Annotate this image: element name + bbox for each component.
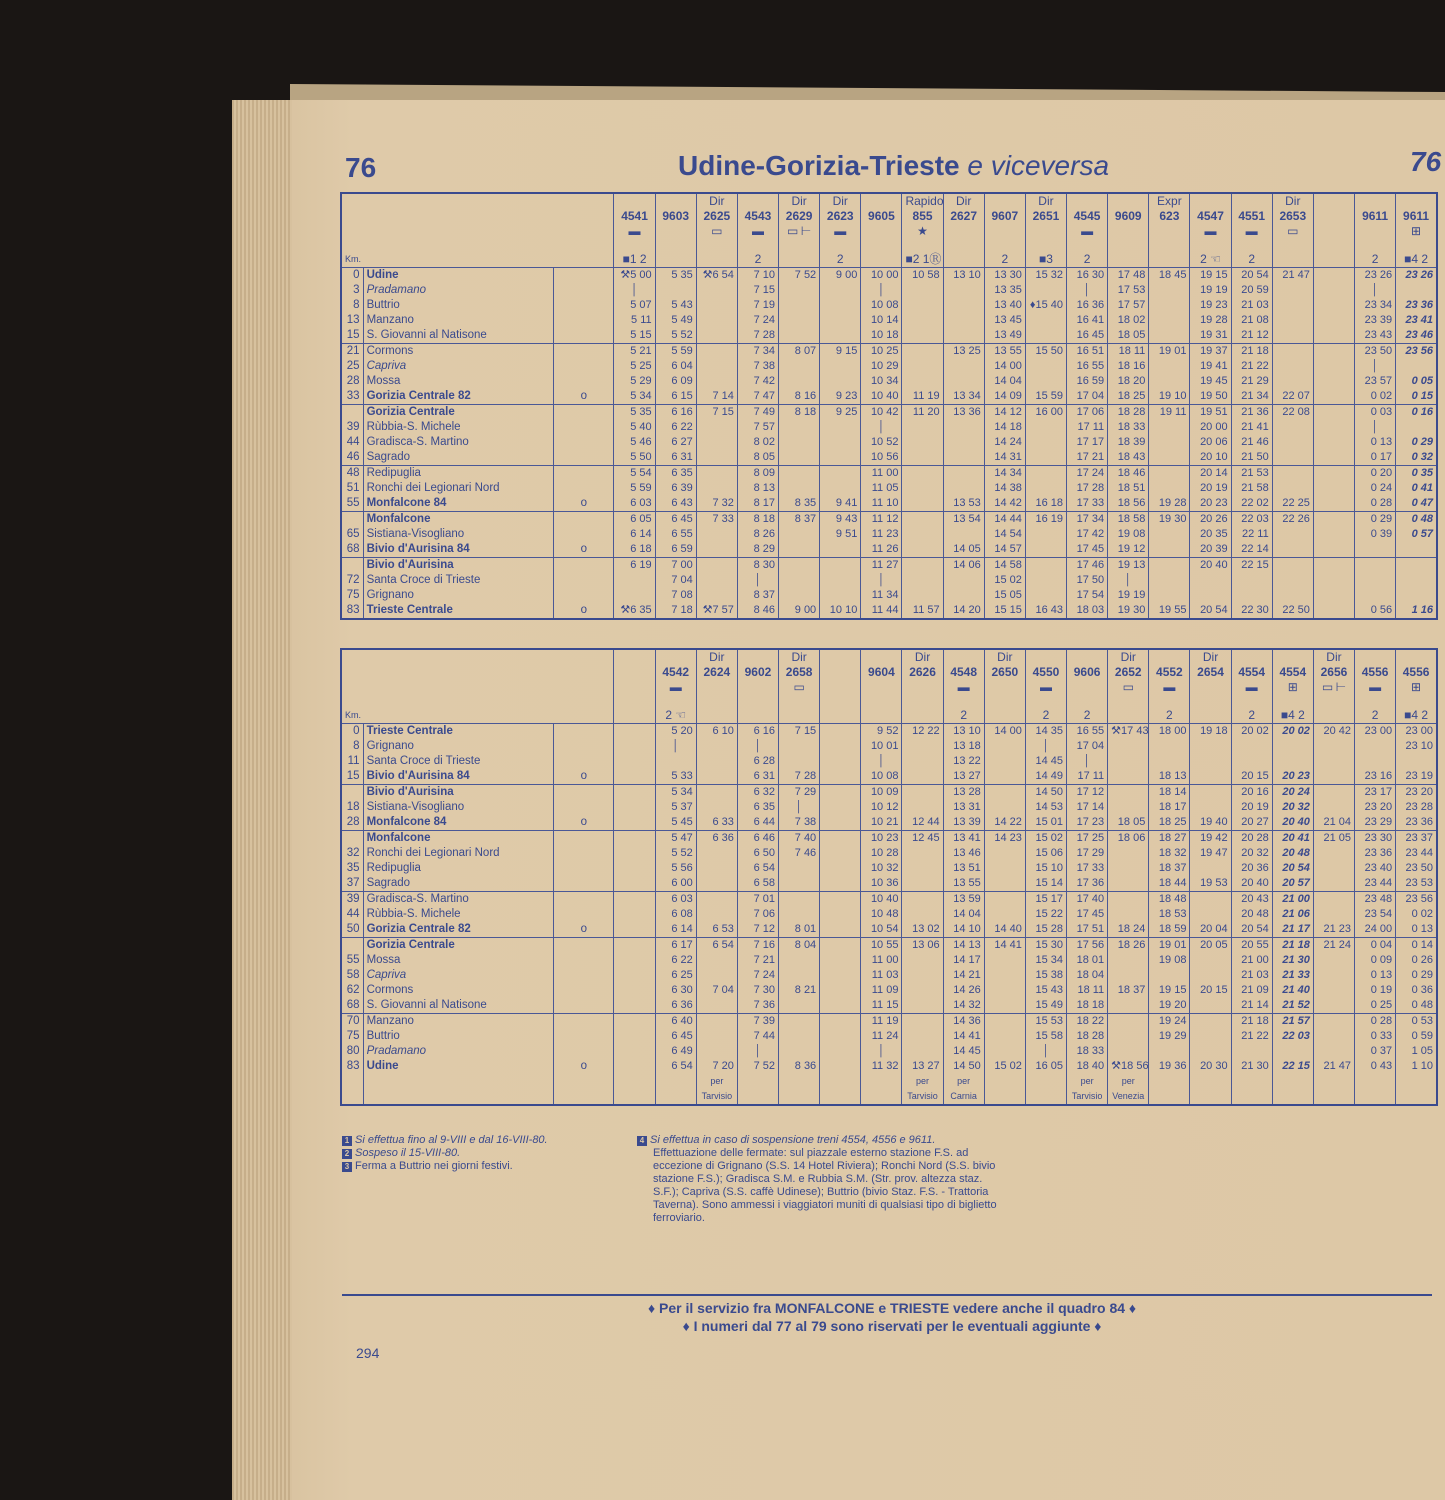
- table-row: 13Manzano5 115 497 2410 1413 4516 4118 0…: [341, 313, 1437, 328]
- time-cell: [1355, 573, 1396, 588]
- train-type: [988, 194, 1022, 209]
- time-cell: 7 29: [779, 785, 820, 801]
- time-cell: 21 18: [1231, 344, 1272, 360]
- time-cell: 6 16: [655, 405, 696, 421]
- km-value: 62: [341, 983, 363, 998]
- time-cell: 14 00: [984, 724, 1025, 740]
- time-cell: 7 15: [737, 283, 778, 298]
- time-cell: [1025, 420, 1066, 435]
- time-cell: 17 04: [1067, 389, 1108, 405]
- time-cell: [1190, 1029, 1231, 1044]
- time-cell: 10 10: [820, 603, 861, 619]
- time-cell: 18 39: [1108, 435, 1149, 450]
- train-number: 4545: [1074, 209, 1101, 223]
- time-cell: 10 32: [861, 861, 902, 876]
- time-cell: 17 11: [1067, 420, 1108, 435]
- time-cell: 0 13: [1396, 922, 1437, 938]
- time-cell: [614, 831, 655, 847]
- time-cell: 23 41: [1396, 313, 1437, 328]
- time-cell: 7 14: [696, 389, 737, 405]
- time-cell: [902, 1029, 943, 1044]
- station-name: Sagrado: [363, 876, 554, 892]
- table-row: 37Sagrado6 006 5810 3613 5515 1417 3618 …: [341, 876, 1437, 892]
- time-cell: 0 26: [1396, 953, 1437, 968]
- train-number: 2653: [1279, 209, 1306, 223]
- time-cell: [614, 938, 655, 954]
- time-cell: 7 20: [696, 1059, 737, 1074]
- table-row: Gorizia Centrale5 356 167 157 498 189 25…: [341, 405, 1437, 421]
- station-name: Gorizia Centrale: [363, 405, 554, 421]
- time-cell: 6 00: [655, 876, 696, 892]
- time-cell: 6 43: [655, 496, 696, 512]
- time-cell: [1355, 739, 1396, 754]
- time-cell: 14 05: [943, 542, 984, 558]
- time-cell: 14 12: [984, 405, 1025, 421]
- time-cell: 0 13: [1355, 968, 1396, 983]
- train-class: [902, 708, 943, 724]
- section-number-left: 76: [345, 152, 376, 184]
- time-cell: 12 44: [902, 815, 943, 831]
- train-header: Dir2625▭: [696, 193, 737, 252]
- station-marker: [554, 846, 614, 861]
- time-cell: 15 58: [1025, 1029, 1066, 1044]
- time-cell: [820, 831, 861, 847]
- station-name: Pradamano: [363, 283, 554, 298]
- time-cell: 15 59: [1025, 389, 1066, 405]
- time-cell: [984, 1044, 1025, 1059]
- time-cell: [820, 815, 861, 831]
- train-number: 4552: [1156, 665, 1183, 679]
- time-cell: [902, 861, 943, 876]
- time-cell: 13 34: [943, 389, 984, 405]
- time-cell: 22 02: [1231, 496, 1272, 512]
- time-cell: 21 09: [1231, 983, 1272, 998]
- time-cell: [902, 328, 943, 344]
- time-cell: 19 01: [1149, 344, 1190, 360]
- time-cell: 17 50: [1067, 573, 1108, 588]
- time-cell: 14 49: [1025, 769, 1066, 785]
- time-cell: [1272, 1044, 1313, 1059]
- note-marker-4: 4: [637, 1136, 647, 1146]
- km-value: 83: [341, 603, 363, 619]
- time-cell: 10 08: [861, 769, 902, 785]
- time-cell: 14 42: [984, 496, 1025, 512]
- time-cell: │: [861, 754, 902, 769]
- bus-icon: ⊞: [1399, 680, 1433, 695]
- km-label: Km.: [341, 708, 614, 724]
- time-cell: 16 55: [1067, 724, 1108, 740]
- time-cell: 10 40: [861, 389, 902, 405]
- time-cell: 14 45: [943, 1044, 984, 1059]
- time-cell: [1396, 588, 1437, 603]
- time-cell: 6 35: [655, 466, 696, 482]
- time-cell: 0 14: [1396, 938, 1437, 954]
- km-value: 44: [341, 435, 363, 450]
- class-row: Km.■1 222■2 1Ⓡ2■322 ☜22■4 2: [341, 252, 1437, 268]
- time-cell: [1190, 785, 1231, 801]
- time-cell: 13 39: [943, 815, 984, 831]
- time-cell: 23 56: [1396, 892, 1437, 908]
- time-cell: 1 10: [1396, 1059, 1437, 1074]
- time-cell: [820, 1044, 861, 1059]
- time-cell: 22 30: [1231, 603, 1272, 619]
- time-cell: [1190, 1014, 1231, 1030]
- time-cell: [696, 450, 737, 466]
- time-cell: [696, 785, 737, 801]
- time-cell: [820, 892, 861, 908]
- railcar-icon: ▬: [1358, 680, 1392, 695]
- time-cell: [614, 907, 655, 922]
- time-cell: 17 12: [1067, 785, 1108, 801]
- time-cell: 7 33: [696, 512, 737, 528]
- time-cell: 23 53: [1396, 876, 1437, 892]
- train-type: [741, 194, 775, 209]
- train-header: Dir2623▬: [820, 193, 861, 252]
- time-cell: 20 14: [1190, 466, 1231, 482]
- time-cell: 6 36: [696, 831, 737, 847]
- time-cell: [820, 861, 861, 876]
- time-cell: 14 50: [943, 1059, 984, 1074]
- time-cell: 13 53: [943, 496, 984, 512]
- time-cell: 5 59: [614, 481, 655, 496]
- time-cell: [655, 1074, 696, 1105]
- time-cell: 18 46: [1108, 466, 1149, 482]
- time-cell: 7 24: [737, 313, 778, 328]
- table-row: 39Gradisca-S. Martino6 037 0110 4013 591…: [341, 892, 1437, 908]
- train-class: [1149, 252, 1190, 268]
- time-cell: [614, 983, 655, 998]
- time-cell: 13 41: [943, 831, 984, 847]
- time-cell: 0 32: [1396, 450, 1437, 466]
- train-type: [659, 650, 693, 665]
- time-cell: │: [737, 1044, 778, 1059]
- time-cell: [943, 573, 984, 588]
- time-cell: [902, 512, 943, 528]
- station-marker: o: [554, 815, 614, 831]
- time-cell: [655, 283, 696, 298]
- time-cell: 8 37: [737, 588, 778, 603]
- train-number: 2654: [1197, 665, 1224, 679]
- time-cell: [696, 998, 737, 1014]
- time-cell: 10 36: [861, 876, 902, 892]
- time-cell: 19 45: [1190, 374, 1231, 389]
- time-cell: 7 47: [737, 389, 778, 405]
- time-cell: [696, 359, 737, 374]
- station-name: Cormons: [363, 983, 554, 998]
- time-cell: 22 07: [1272, 389, 1313, 405]
- time-cell: [1272, 450, 1313, 466]
- time-cell: 14 41: [943, 1029, 984, 1044]
- time-cell: │: [1025, 1044, 1066, 1059]
- train-header: 9606: [1067, 649, 1108, 708]
- time-cell: 15 53: [1025, 1014, 1066, 1030]
- time-cell: [1190, 754, 1231, 769]
- train-class: 2: [1231, 708, 1272, 724]
- time-cell: 5 21: [614, 344, 655, 360]
- station-name: Santa Croce di Trieste: [363, 754, 554, 769]
- train-number: 2625: [703, 209, 730, 223]
- station-name: Capriva: [363, 968, 554, 983]
- time-cell: [696, 739, 737, 754]
- time-cell: 6 54: [696, 938, 737, 954]
- time-cell: 19 37: [1190, 344, 1231, 360]
- time-cell: 8 37: [779, 512, 820, 528]
- time-cell: 23 19: [1396, 769, 1437, 785]
- time-cell: 7 01: [737, 892, 778, 908]
- time-cell: [820, 1014, 861, 1030]
- train-number: 9611: [1403, 209, 1429, 223]
- time-cell: 20 40: [1231, 876, 1272, 892]
- time-cell: 13 27: [943, 769, 984, 785]
- train-header: Dir2658▭: [779, 649, 820, 708]
- time-cell: 19 01: [1149, 938, 1190, 954]
- time-cell: 1 05: [1396, 1044, 1437, 1059]
- time-cell: 14 32: [943, 998, 984, 1014]
- time-cell: 6 05: [614, 512, 655, 528]
- time-cell: 19 40: [1190, 815, 1231, 831]
- time-cell: [696, 1044, 737, 1059]
- time-cell: 0 48: [1396, 998, 1437, 1014]
- time-cell: [614, 800, 655, 815]
- time-cell: 21 47: [1272, 268, 1313, 284]
- time-cell: 7 00: [655, 558, 696, 574]
- time-cell: 11 03: [861, 968, 902, 983]
- station-marker: [554, 283, 614, 298]
- time-cell: 13 59: [943, 892, 984, 908]
- train-number: 9611: [1362, 209, 1388, 223]
- train-type: Dir: [782, 194, 816, 209]
- time-cell: 17 04: [1067, 739, 1108, 754]
- time-cell: [614, 953, 655, 968]
- time-cell: [984, 785, 1025, 801]
- time-cell: [614, 968, 655, 983]
- time-cell: 15 30: [1025, 938, 1066, 954]
- time-cell: 9 41: [820, 496, 861, 512]
- time-cell: 20 00: [1190, 420, 1231, 435]
- time-cell: 15 14: [1025, 876, 1066, 892]
- time-cell: 21 58: [1231, 481, 1272, 496]
- time-cell: [902, 466, 943, 482]
- time-cell: 8 36: [779, 1059, 820, 1074]
- station-marker: o: [554, 922, 614, 938]
- train-number: 9606: [1074, 665, 1101, 679]
- time-cell: [984, 998, 1025, 1014]
- train-class: [655, 252, 696, 268]
- time-cell: 21 12: [1231, 328, 1272, 344]
- station-marker: [554, 359, 614, 374]
- time-cell: [696, 573, 737, 588]
- train-type: [1193, 194, 1227, 209]
- time-cell: [1108, 754, 1149, 769]
- time-cell: 0 24: [1355, 481, 1396, 496]
- time-cell: 7 06: [737, 907, 778, 922]
- time-cell: [779, 573, 820, 588]
- time-cell: [1272, 481, 1313, 496]
- time-cell: [1149, 527, 1190, 542]
- time-cell: 15 28: [1025, 922, 1066, 938]
- time-cell: 13 22: [943, 754, 984, 769]
- time-cell: [1355, 542, 1396, 558]
- title-main: Udine-Gorizia-Trieste: [678, 150, 960, 181]
- time-cell: 17 24: [1067, 466, 1108, 482]
- train-type: Rapido: [905, 194, 939, 209]
- time-cell: [902, 450, 943, 466]
- station-name: Gorizia Centrale: [363, 938, 554, 954]
- time-cell: [1272, 313, 1313, 328]
- train-type: Dir: [1193, 650, 1227, 665]
- time-cell: [696, 892, 737, 908]
- time-cell: 0 15: [1396, 389, 1437, 405]
- time-cell: [984, 1074, 1025, 1105]
- time-cell: 23 48: [1355, 892, 1396, 908]
- km-value: 28: [341, 374, 363, 389]
- time-cell: 18 43: [1108, 450, 1149, 466]
- train-class: ■4 2: [1396, 708, 1437, 724]
- time-cell: [820, 907, 861, 922]
- time-cell: [779, 907, 820, 922]
- time-cell: 23 46: [1396, 328, 1437, 344]
- time-cell: 18 25: [1108, 389, 1149, 405]
- time-cell: │: [655, 739, 696, 754]
- train-type: [1399, 194, 1433, 209]
- time-cell: 20 43: [1231, 892, 1272, 908]
- time-cell: 6 50: [737, 846, 778, 861]
- time-cell: 16 05: [1025, 1059, 1066, 1074]
- km-value: 44: [341, 907, 363, 922]
- destination-note: perVenezia: [1108, 1074, 1149, 1105]
- time-cell: 6 45: [655, 1029, 696, 1044]
- train-header: Dir2650: [984, 649, 1025, 708]
- km-value: 68: [341, 542, 363, 558]
- time-cell: 23 54: [1355, 907, 1396, 922]
- time-cell: 23 36: [1355, 846, 1396, 861]
- train-header: 4547▬: [1190, 193, 1231, 252]
- train-class: 2: [820, 252, 861, 268]
- time-cell: 5 34: [614, 389, 655, 405]
- time-cell: [820, 298, 861, 313]
- train-type: Dir: [1276, 194, 1310, 209]
- time-cell: 11 00: [861, 466, 902, 482]
- train-header: 9611⊞: [1396, 193, 1437, 252]
- time-cell: 17 42: [1067, 527, 1108, 542]
- time-cell: ⚒5 00: [614, 268, 655, 284]
- time-cell: [779, 892, 820, 908]
- time-cell: │: [1025, 739, 1066, 754]
- train-header: 9605: [861, 193, 902, 252]
- table-row: 62Cormons6 307 047 308 2111 0914 2615 43…: [341, 983, 1437, 998]
- time-cell: 16 55: [1067, 359, 1108, 374]
- time-cell: 21 50: [1231, 450, 1272, 466]
- time-cell: 23 00: [1396, 724, 1437, 740]
- time-cell: [614, 892, 655, 908]
- time-cell: 13 46: [943, 846, 984, 861]
- table-row: 70Manzano6 407 3911 1914 3615 5318 2219 …: [341, 1014, 1437, 1030]
- time-cell: 9 00: [820, 268, 861, 284]
- time-cell: [1108, 968, 1149, 983]
- time-cell: [902, 588, 943, 603]
- time-cell: 21 14: [1231, 998, 1272, 1014]
- station-name: Rùbbia-S. Michele: [363, 420, 554, 435]
- train-header: Dir2627: [943, 193, 984, 252]
- time-cell: [902, 298, 943, 313]
- time-cell: 0 02: [1355, 389, 1396, 405]
- time-cell: 17 14: [1067, 800, 1108, 815]
- station-marker: [554, 785, 614, 801]
- time-cell: 0 48: [1396, 512, 1437, 528]
- km-value: 80: [341, 1044, 363, 1059]
- time-cell: 16 51: [1067, 344, 1108, 360]
- time-cell: [1025, 359, 1066, 374]
- time-cell: [1396, 359, 1437, 374]
- time-cell: [614, 573, 655, 588]
- bus-icon: ⊞: [1399, 224, 1433, 239]
- time-cell: 6 44: [737, 815, 778, 831]
- train-type: [1070, 650, 1104, 665]
- table-row: 55Monfalcone 84o6 036 437 328 178 359 41…: [341, 496, 1437, 512]
- time-cell: [1149, 588, 1190, 603]
- time-cell: 14 53: [1025, 800, 1066, 815]
- time-cell: 19 24: [1149, 1014, 1190, 1030]
- time-cell: 6 09: [655, 374, 696, 389]
- time-cell: 8 01: [779, 922, 820, 938]
- time-cell: [696, 968, 737, 983]
- time-cell: 18 17: [1149, 800, 1190, 815]
- table-row: Bivio d'Aurisina5 346 327 2910 0913 2814…: [341, 785, 1437, 801]
- time-cell: 18 05: [1108, 328, 1149, 344]
- time-cell: [943, 435, 984, 450]
- train-header: 4554▬: [1231, 649, 1272, 708]
- time-cell: 5 43: [655, 298, 696, 313]
- time-cell: [1190, 1044, 1231, 1059]
- time-cell: 23 44: [1355, 876, 1396, 892]
- time-cell: 6 45: [655, 512, 696, 528]
- time-cell: 21 30: [1272, 953, 1313, 968]
- train-header: Rapido855★: [902, 193, 943, 252]
- time-cell: 19 55: [1149, 603, 1190, 619]
- time-cell: 14 00: [984, 359, 1025, 374]
- train-number: 2650: [991, 665, 1018, 679]
- time-cell: │: [861, 283, 902, 298]
- time-cell: 10 40: [861, 892, 902, 908]
- station-name: Bivio d'Aurisina: [363, 558, 554, 574]
- km-value: 72: [341, 573, 363, 588]
- time-cell: [984, 769, 1025, 785]
- time-cell: 11 00: [861, 953, 902, 968]
- station-name: Manzano: [363, 1014, 554, 1030]
- station-name: Monfalcone 84: [363, 815, 554, 831]
- time-cell: 6 22: [655, 420, 696, 435]
- time-cell: [1190, 953, 1231, 968]
- train-number: 4554: [1279, 665, 1306, 679]
- time-cell: 15 15: [984, 603, 1025, 619]
- time-cell: 22 50: [1272, 603, 1313, 619]
- time-cell: │: [1355, 359, 1396, 374]
- time-cell: [820, 588, 861, 603]
- time-cell: 5 45: [655, 815, 696, 831]
- time-cell: 19 50: [1190, 389, 1231, 405]
- time-cell: 23 57: [1355, 374, 1396, 389]
- time-cell: [1272, 466, 1313, 482]
- time-cell: │: [861, 573, 902, 588]
- footnotes-left: 1Si effettua fino al 9-VIII e dal 16-VII…: [342, 1134, 632, 1173]
- time-cell: 8 46: [737, 603, 778, 619]
- time-cell: 14 50: [1025, 785, 1066, 801]
- km-value: 75: [341, 1029, 363, 1044]
- time-cell: 18 28: [1108, 405, 1149, 421]
- time-cell: [1313, 907, 1354, 922]
- time-cell: [902, 435, 943, 450]
- km-value: 50: [341, 922, 363, 938]
